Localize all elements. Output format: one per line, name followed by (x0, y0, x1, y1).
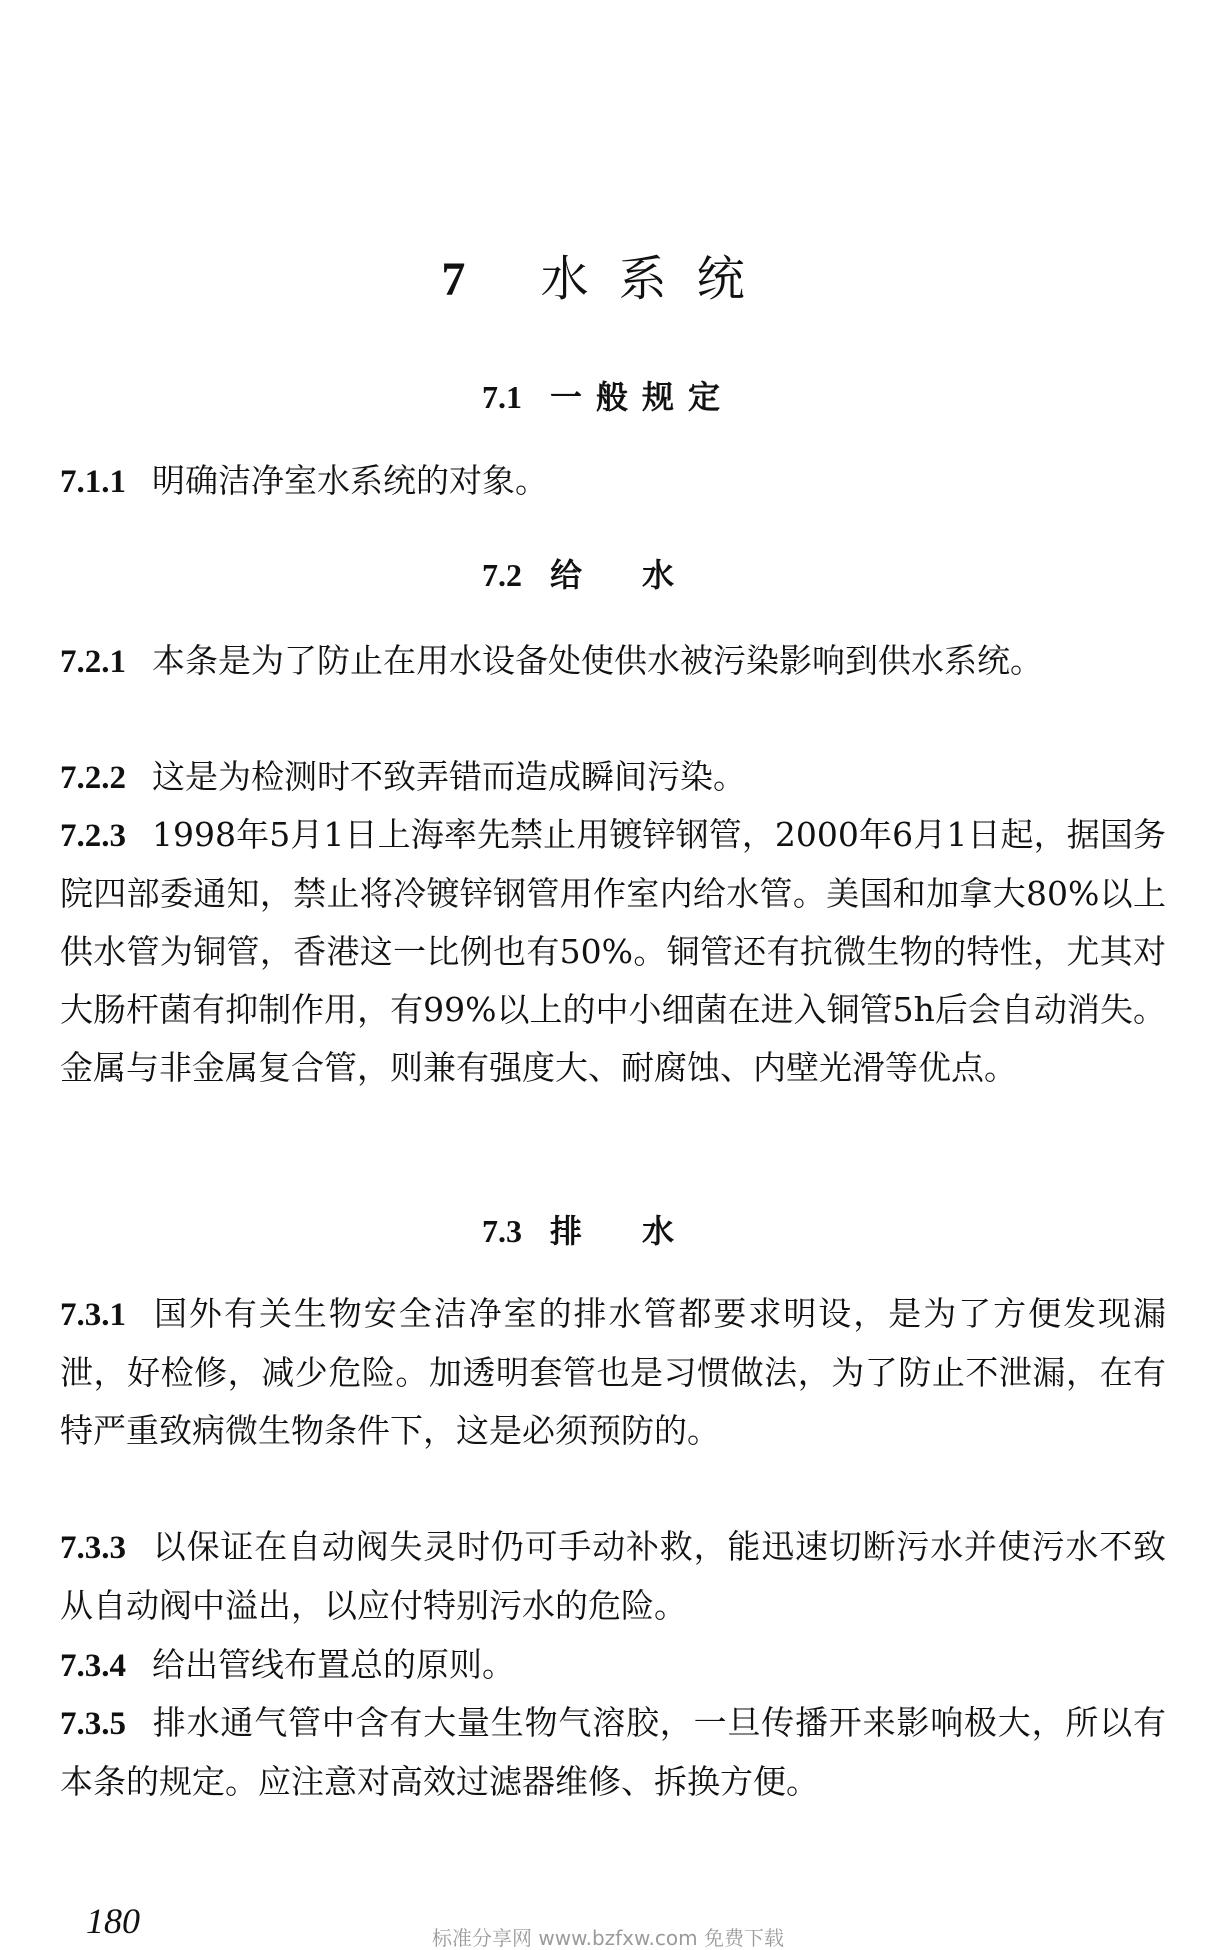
clause-number: 7.3.5 (60, 1706, 126, 1742)
chapter-number: 7 (441, 253, 495, 306)
section-number: 7.2 (482, 557, 522, 593)
clause-text: 国外有关生物安全洁净室的排水管都要求明设，是为了方便发现漏泄，好检修，减少危险。… (60, 1294, 1166, 1450)
section-title: 给水 (550, 556, 734, 594)
clause-text: 1998年5月1日上海率先禁止用镀锌钢管，2000年6月1日起，据国务院四部委通… (60, 815, 1166, 1087)
clause-7-2-2: 7.2.2这是为检测时不致弄错而造成瞬间污染。 (60, 748, 1166, 807)
clause-text: 给出管线布置总的原则。 (152, 1645, 515, 1684)
clause-text: 以保证在自动阀失灵时仍可手动补救，能迅速切断污水并使污水不致从自动阀中溢出，以应… (60, 1527, 1166, 1625)
clause-7-2-1: 7.2.1本条是为了防止在用水设备处使供水被污染影响到供水系统。 (60, 632, 1166, 691)
clause-7-3-5: 7.3.5排水通气管中含有大量生物气溶胶，一旦传播开来影响极大，所以有本条的规定… (60, 1694, 1166, 1811)
watermark: 标准分享网 www.bzfxw.com 免费下载 (0, 1922, 1216, 1950)
clause-7-2-3: 7.2.31998年5月1日上海率先禁止用镀锌钢管，2000年6月1日起，据国务… (60, 806, 1166, 1097)
clause-number: 7.2.2 (60, 760, 126, 796)
clause-number: 7.3.3 (60, 1530, 126, 1566)
section-heading-7-3: 7.3排水 (0, 1206, 1216, 1252)
section-title: 一般规定 (550, 378, 734, 416)
section-heading-7-1: 7.1一般规定 (0, 372, 1216, 418)
section-title: 排水 (550, 1212, 734, 1250)
section-number: 7.3 (482, 1213, 522, 1249)
clause-text: 本条是为了防止在用水设备处使供水被污染影响到供水系统。 (152, 641, 1043, 680)
clause-number: 7.1.1 (60, 464, 126, 500)
chapter-title-text: 水系统 (541, 251, 775, 307)
clause-7-3-4: 7.3.4给出管线布置总的原则。 (60, 1636, 1166, 1695)
clause-text: 明确洁净室水系统的对象。 (152, 461, 548, 500)
clause-7-1-1: 7.1.1明确洁净室水系统的对象。 (60, 452, 1166, 511)
section-number: 7.1 (482, 379, 522, 415)
clause-7-3-3: 7.3.3以保证在自动阀失灵时仍可手动补救，能迅速切断污水并使污水不致从自动阀中… (60, 1518, 1166, 1635)
clause-number: 7.3.1 (60, 1297, 126, 1333)
clause-number: 7.2.1 (60, 644, 126, 680)
chapter-title: 7 水系统 (0, 240, 1216, 309)
clause-text: 排水通气管中含有大量生物气溶胶，一旦传播开来影响极大，所以有本条的规定。应注意对… (60, 1703, 1166, 1801)
clause-text: 这是为检测时不致弄错而造成瞬间污染。 (152, 757, 746, 796)
clause-number: 7.2.3 (60, 818, 126, 854)
clause-number: 7.3.4 (60, 1648, 126, 1684)
section-heading-7-2: 7.2给水 (0, 550, 1216, 596)
clause-7-3-1: 7.3.1国外有关生物安全洁净室的排水管都要求明设，是为了方便发现漏泄，好检修，… (60, 1285, 1166, 1460)
